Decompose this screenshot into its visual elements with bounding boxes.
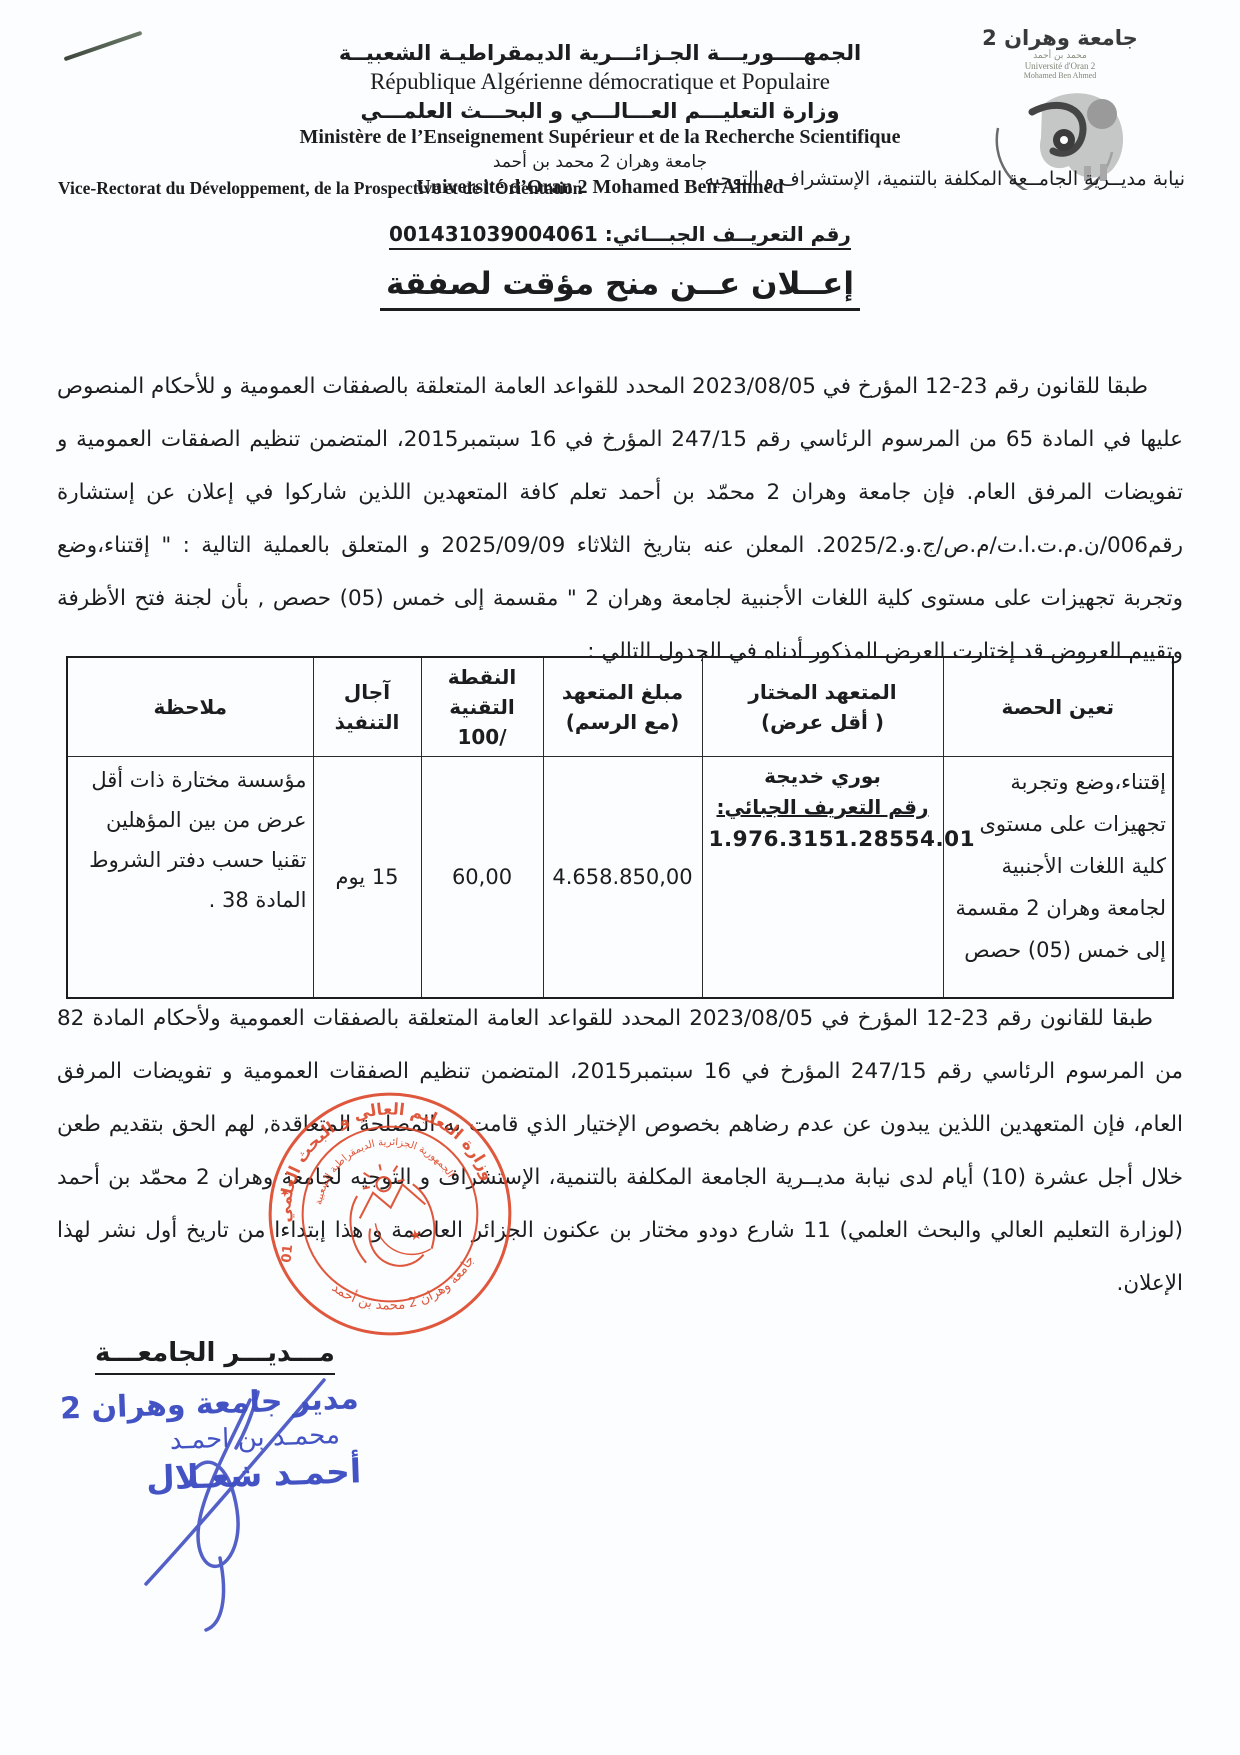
cell-execution-delay: 15 يوم: [313, 757, 421, 999]
official-red-stamp: وزارة التعليم العالي و البحث العلمي جامع…: [236, 1060, 544, 1368]
signature-title: مـــديـــر الجامعـــة: [95, 1338, 335, 1368]
university-logo: جامعة وهران 2 محمد بن أحمد Université d'…: [960, 26, 1160, 190]
handwritten-signature: [128, 1372, 358, 1642]
logo-subtitle-arabic: محمد بن أحمد: [960, 51, 1160, 61]
cell-winner: بوري خديجة رقم التعريف الجبائي: 1.976.31…: [702, 757, 943, 999]
logo-line-french-1: Université d'Oran 2: [960, 61, 1160, 71]
winner-tax-id: 1.976.3151.28554.01: [709, 823, 937, 856]
cell-lot-designation: إقتناء،وضع وتجربة تجهيزات على مستوى كلية…: [943, 757, 1173, 999]
cell-technical-score: 60,00: [421, 757, 543, 999]
col-header-note-label: ملاحظة: [74, 692, 307, 722]
table-row: إقتناء،وضع وتجربة تجهيزات على مستوى كلية…: [67, 757, 1173, 999]
cell-amount: 4.658.850,00: [543, 757, 702, 999]
col-header-amount-label: مبلغ المتعهد: [550, 677, 696, 707]
logo-title-arabic: جامعة وهران 2: [960, 26, 1160, 50]
fiscal-id-text: رقم التعريــف الجبـــائي: 00143103900406…: [389, 222, 851, 250]
stamp-emblem: [339, 1156, 442, 1275]
col-header-lot: تعين الحصة: [943, 657, 1173, 757]
table-header-row: تعين الحصة المتعهد المختار ( أقل عرض) مب…: [67, 657, 1173, 757]
republic-name-arabic: الجمهــــوريـــة الجـزائـــرية الديمقراط…: [250, 40, 950, 66]
fiscal-id-line: رقم التعريــف الجبـــائي: 00143103900406…: [0, 222, 1240, 246]
document-page: الجمهــــوريـــة الجـزائـــرية الديمقراط…: [0, 0, 1240, 1755]
announcement-title-text: إعــلان عــن منح مؤقت لصفقة: [380, 266, 860, 311]
paragraph-appeal-rights: طبقا للقانون رقم 23-12 المؤرخ في 2023/08…: [57, 992, 1183, 1310]
ministry-name-french: Ministère de l’Enseignement Supérieur et…: [250, 125, 950, 150]
col-header-amount: مبلغ المتعهد (مع الرسم): [543, 657, 702, 757]
col-header-note: ملاحظة: [67, 657, 313, 757]
logo-line-french-2: Mohamed Ben Ahmed: [960, 71, 1160, 80]
paragraph-legal-intro: طبقا للقانون رقم 23-12 المؤرخ في 2023/08…: [57, 360, 1183, 678]
stamp-star-icon: ★: [408, 1226, 424, 1244]
announcement-title: إعــلان عــن منح مؤقت لصفقة: [0, 266, 1240, 311]
col-header-score-sub: /100: [428, 722, 537, 752]
col-header-winner-sub: ( أقل عرض): [709, 707, 937, 737]
stamp-ring-bottom-text: جامعة وهران 2 محمد بن أحمد: [327, 1251, 485, 1327]
col-header-winner-label: المتعهد المختار: [709, 677, 937, 707]
col-header-score: النقطة التقنية /100: [421, 657, 543, 757]
ministry-name-arabic: وزارة التعليـــم العـــالـــي و البحـــث…: [250, 98, 950, 124]
col-header-winner: المتعهد المختار ( أقل عرض): [702, 657, 943, 757]
stamp-number: 01: [279, 1244, 296, 1264]
republic-name-french: République Algérienne démocratique et Po…: [250, 68, 950, 97]
winner-tax-label: رقم التعريف الجبائي:: [709, 792, 937, 823]
vice-rectorat-arabic: نيابة مديــرية الجامــعة المكلفة بالتنمي…: [704, 168, 1185, 190]
vice-rectorat-row: Vice-Rectorat du Développement, de la Pr…: [58, 168, 1185, 199]
staple-scan-artifact: [64, 31, 143, 61]
award-table: تعين الحصة المتعهد المختار ( أقل عرض) مب…: [66, 656, 1174, 999]
vice-rectorat-french: Vice-Rectorat du Développement, de la Pr…: [58, 178, 582, 199]
winner-name: بوري خديجة: [709, 761, 937, 792]
col-header-delay-label: آجال التنفيذ: [320, 677, 415, 737]
col-header-lot-label: تعين الحصة: [950, 692, 1167, 722]
col-header-score-label: النقطة التقنية: [428, 662, 537, 722]
col-header-amount-sub: (مع الرسم): [550, 707, 696, 737]
col-header-delay: آجال التنفيذ: [313, 657, 421, 757]
signature-title-text: مـــديـــر الجامعـــة: [95, 1338, 335, 1375]
cell-note: مؤسسة مختارة ذات أقل عرض من بين المؤهلين…: [67, 757, 313, 999]
svg-text:جامعة وهران 2 محمد بن أحمد: جامعة وهران 2 محمد بن أحمد: [327, 1251, 485, 1327]
